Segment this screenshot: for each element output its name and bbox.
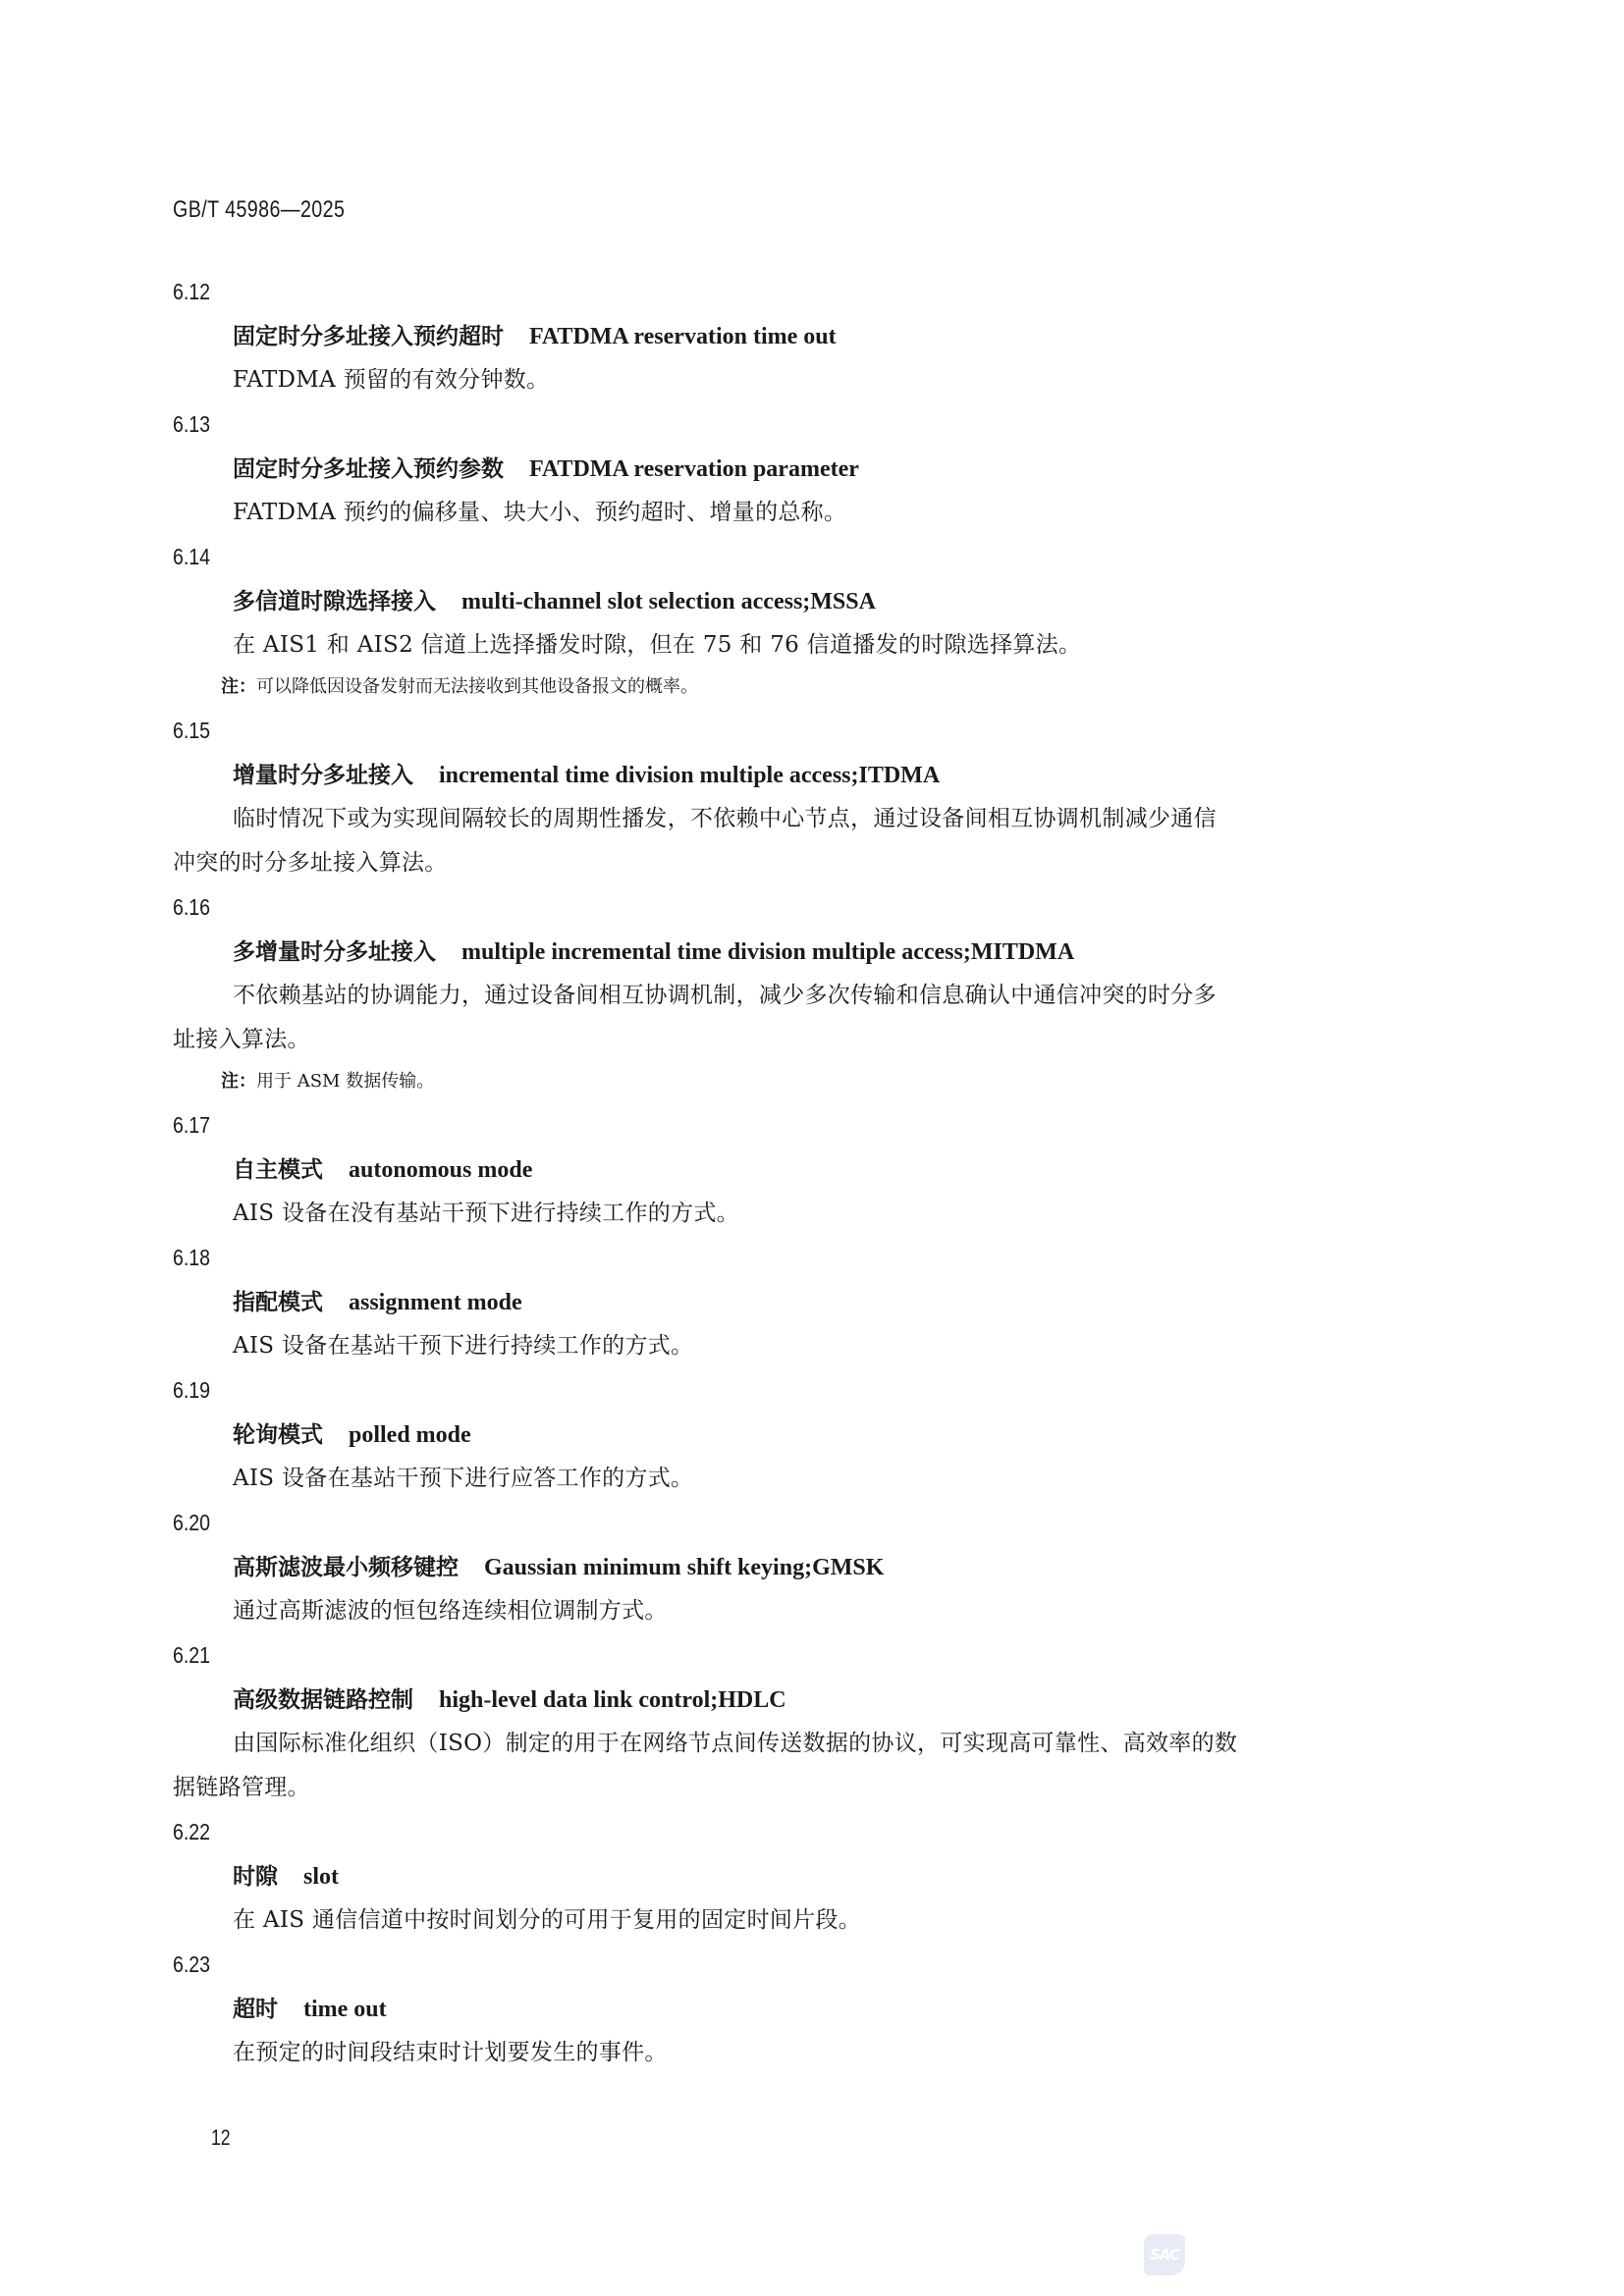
term-heading: 高级数据链路控制high-level data link control;HDL… [173,1678,1439,1722]
term-heading: 多信道时隙选择接入multi-channel slot selection ac… [173,579,1439,623]
term-definition: 通过高斯滤波的恒包络连续相位调制方式。 [173,1589,1439,1633]
term-heading: 超时time out [173,1987,1439,2031]
term-entry: 6.18指配模式assignment modeAIS 设备在基站干预下进行持续工… [173,1236,1439,1368]
note-label: 注： [221,676,256,697]
term-heading: 指配模式assignment mode [173,1280,1439,1324]
term-heading: 增量时分多址接入incremental time division multip… [173,753,1439,797]
term-entry: 6.14多信道时隙选择接入multi-channel slot selectio… [173,535,1439,709]
term-definition: FATDMA 预约的偏移量、块大小、预约超时、增量的总称。 [173,491,1439,535]
term-chinese: 多增量时分多址接入 [233,938,436,965]
term-chinese: 自主模式 [233,1156,323,1183]
term-definition: 在预定的时间段结束时计划要发生的事件。 [173,2031,1439,2075]
note-text: 用于 ASM 数据传输。 [256,1071,434,1092]
term-chinese: 固定时分多址接入预约超时 [233,323,504,349]
term-english: time out [303,1997,387,2022]
term-definition: 临时情况下或为实现间隔较长的周期性播发，不依赖中心节点，通过设备间相互协调机制减… [173,797,1439,841]
term-number: 6.21 [173,1633,1250,1678]
term-heading: 高斯滤波最小频移键控Gaussian minimum shift keying;… [173,1545,1439,1589]
term-english: autonomous mode [349,1157,532,1183]
term-note: 注：可以降低因设备发射而无法接收到其他设备报文的概率。 [173,667,1439,709]
term-entry: 6.12固定时分多址接入预约超时FATDMA reservation time … [173,270,1439,402]
term-number: 6.13 [173,402,1250,447]
term-english: slot [303,1864,339,1890]
term-english: multi-channel slot selection access;MSSA [461,589,876,614]
term-chinese: 增量时分多址接入 [233,762,413,788]
term-number: 6.18 [173,1236,1250,1280]
term-entry: 6.23超时time out在预定的时间段结束时计划要发生的事件。 [173,1943,1439,2075]
term-definition: 由国际标准化组织（ISO）制定的用于在网络节点间传送数据的协议，可实现高可靠性、… [173,1722,1439,1766]
page-number: 12 [211,2125,231,2151]
term-definition: AIS 设备在基站干预下进行应答工作的方式。 [173,1457,1439,1501]
note-text: 可以降低因设备发射而无法接收到其他设备报文的概率。 [256,676,698,697]
term-heading: 多增量时分多址接入multiple incremental time divis… [173,930,1439,974]
term-number: 6.20 [173,1501,1250,1545]
term-entry: 6.20高斯滤波最小频移键控Gaussian minimum shift key… [173,1501,1439,1633]
term-number: 6.17 [173,1103,1250,1148]
term-entry: 6.17自主模式autonomous modeAIS 设备在没有基站干预下进行持… [173,1103,1439,1236]
term-entry: 6.19轮询模式polled modeAIS 设备在基站干预下进行应答工作的方式… [173,1368,1439,1501]
term-note: 注：用于 ASM 数据传输。 [173,1062,1439,1103]
term-english: FATDMA reservation parameter [529,456,859,482]
term-english: polled mode [349,1422,471,1448]
term-heading: 时隙slot [173,1854,1439,1898]
standard-number-header: GB/T 45986—2025 [173,196,345,224]
term-number: 6.14 [173,535,1250,579]
term-english: incremental time division multiple acces… [439,763,940,788]
term-heading: 固定时分多址接入预约参数FATDMA reservation parameter [173,447,1439,491]
term-english: assignment mode [349,1290,522,1315]
terms-list: 6.12固定时分多址接入预约超时FATDMA reservation time … [173,270,1439,2075]
term-chinese: 固定时分多址接入预约参数 [233,455,504,482]
term-english: multiple incremental time division multi… [461,939,1074,965]
term-number: 6.12 [173,270,1250,314]
term-english: high-level data link control;HDLC [439,1687,786,1713]
term-heading: 轮询模式polled mode [173,1413,1439,1457]
term-number: 6.22 [173,1810,1250,1854]
term-definition: FATDMA 预留的有效分钟数。 [173,358,1439,402]
term-chinese: 高级数据链路控制 [233,1686,413,1713]
term-number: 6.19 [173,1368,1250,1413]
term-entry: 6.16多增量时分多址接入multiple incremental time d… [173,885,1439,1103]
term-entry: 6.21高级数据链路控制high-level data link control… [173,1633,1439,1810]
term-definition: 址接入算法。 [173,1018,1439,1062]
term-definition: 在 AIS1 和 AIS2 信道上选择播发时隙，但在 75 和 76 信道播发的… [173,623,1439,667]
term-definition: 冲突的时分多址接入算法。 [173,841,1439,885]
term-entry: 6.15增量时分多址接入incremental time division mu… [173,709,1439,885]
term-chinese: 时隙 [233,1863,278,1890]
term-definition: AIS 设备在没有基站干预下进行持续工作的方式。 [173,1192,1439,1236]
term-english: FATDMA reservation time out [529,324,837,349]
sac-logo-icon: SAC [1144,2234,1185,2275]
term-chinese: 高斯滤波最小频移键控 [233,1554,459,1580]
term-chinese: 超时 [233,1996,278,2022]
term-english: Gaussian minimum shift keying;GMSK [484,1555,884,1580]
term-chinese: 多信道时隙选择接入 [233,588,436,614]
term-chinese: 指配模式 [233,1289,323,1315]
term-definition: 在 AIS 通信信道中按时间划分的可用于复用的固定时间片段。 [173,1898,1439,1943]
term-number: 6.16 [173,885,1250,930]
term-entry: 6.22时隙slot在 AIS 通信信道中按时间划分的可用于复用的固定时间片段。 [173,1810,1439,1943]
term-definition: 据链路管理。 [173,1766,1439,1810]
term-heading: 固定时分多址接入预约超时FATDMA reservation time out [173,314,1439,358]
term-chinese: 轮询模式 [233,1421,323,1448]
note-label: 注： [221,1071,256,1092]
term-number: 6.23 [173,1943,1250,1987]
term-definition: 不依赖基站的协调能力，通过设备间相互协调机制，减少多次传输和信息确认中通信冲突的… [173,974,1439,1018]
term-definition: AIS 设备在基站干预下进行持续工作的方式。 [173,1324,1439,1368]
term-number: 6.15 [173,709,1250,753]
term-heading: 自主模式autonomous mode [173,1148,1439,1192]
term-entry: 6.13固定时分多址接入预约参数FATDMA reservation param… [173,402,1439,535]
